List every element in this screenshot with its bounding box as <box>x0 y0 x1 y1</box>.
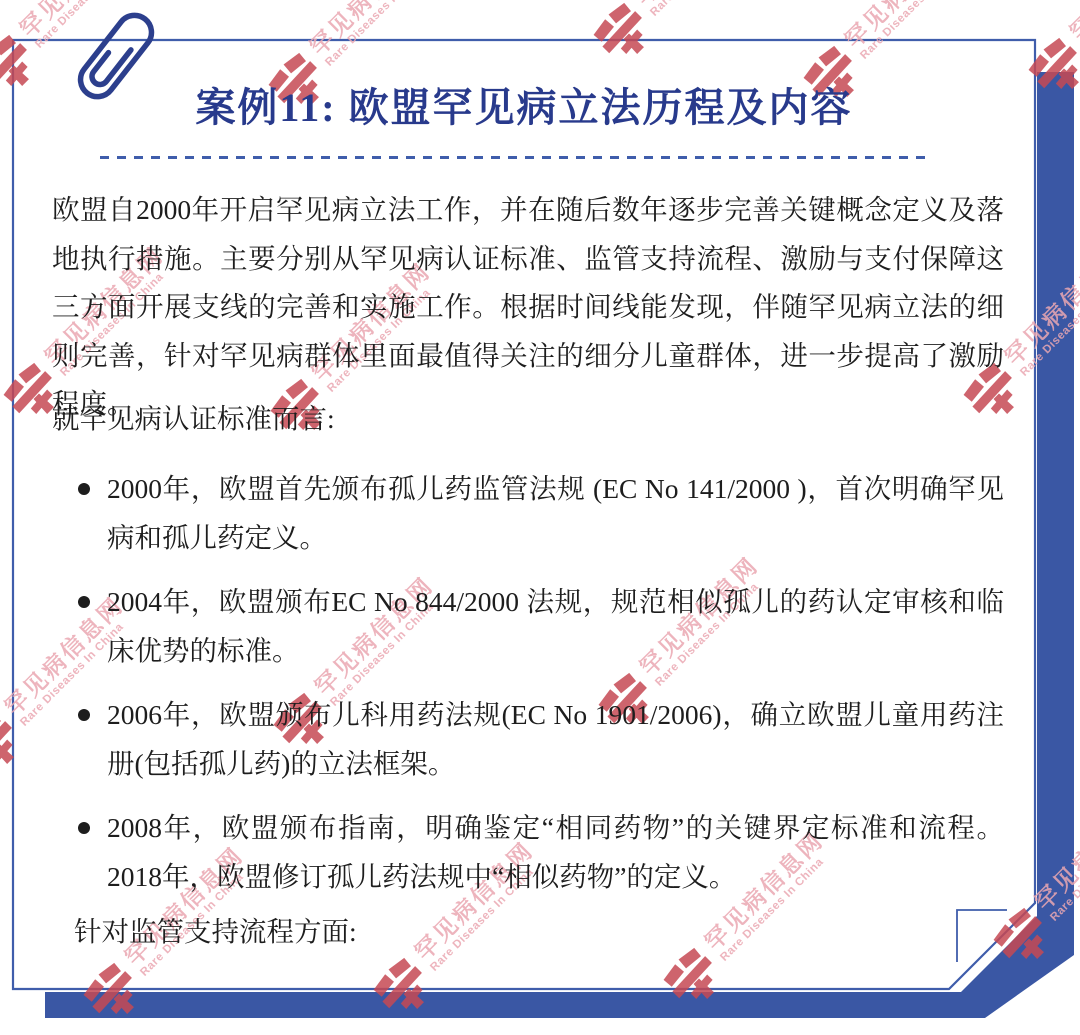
bullet-dot-icon <box>78 709 90 721</box>
bullet-dot-icon <box>78 822 90 834</box>
document-page: 罕见病信息网Rare Diseases In China 罕见病信息网Rare … <box>0 0 1080 1035</box>
section-label-certification: 就罕见病认证标准而言: <box>52 402 335 436</box>
intro-paragraph: 欧盟自2000年开启罕见病立法工作，并在随后数年逐步完善关键概念定义及落地执行措… <box>52 186 1004 429</box>
list-item: 2004年，欧盟颁布EC No 844/2000 法规，规范相似孤儿的药认定审核… <box>52 578 1004 675</box>
bullet-text: 2006年，欧盟颁布儿科用药法规(EC No 1901/2006)，确立欧盟儿童… <box>107 699 1004 779</box>
page-title: 案例11: 欧盟罕见病立法历程及内容 <box>0 80 1048 136</box>
list-item: 2006年，欧盟颁布儿科用药法规(EC No 1901/2006)，确立欧盟儿童… <box>52 691 1004 788</box>
list-item: 2000年，欧盟首先颁布孤儿药监管法规 (EC No 141/2000 )，首次… <box>52 465 1004 562</box>
bullet-text: 2004年，欧盟颁布EC No 844/2000 法规，规范相似孤儿的药认定审核… <box>107 586 1004 666</box>
bullet-text: 2008年，欧盟颁布指南，明确鉴定“相同药物”的关键界定标准和流程。2018年，… <box>107 812 1004 892</box>
bullet-list: 2000年，欧盟首先颁布孤儿药监管法规 (EC No 141/2000 )，首次… <box>52 465 1004 917</box>
section-label-regulatory: 针对监管支持流程方面: <box>74 915 357 949</box>
bullet-dot-icon <box>78 596 90 608</box>
bullet-text: 2000年，欧盟首先颁布孤儿药监管法规 (EC No 141/2000 )，首次… <box>107 473 1004 553</box>
content: 案例11: 欧盟罕见病立法历程及内容 欧盟自2000年开启罕见病立法工作，并在随… <box>0 0 1080 1035</box>
list-item: 2008年，欧盟颁布指南，明确鉴定“相同药物”的关键界定标准和流程。2018年，… <box>52 804 1004 901</box>
dashed-divider <box>100 156 932 159</box>
bullet-dot-icon <box>78 483 90 495</box>
